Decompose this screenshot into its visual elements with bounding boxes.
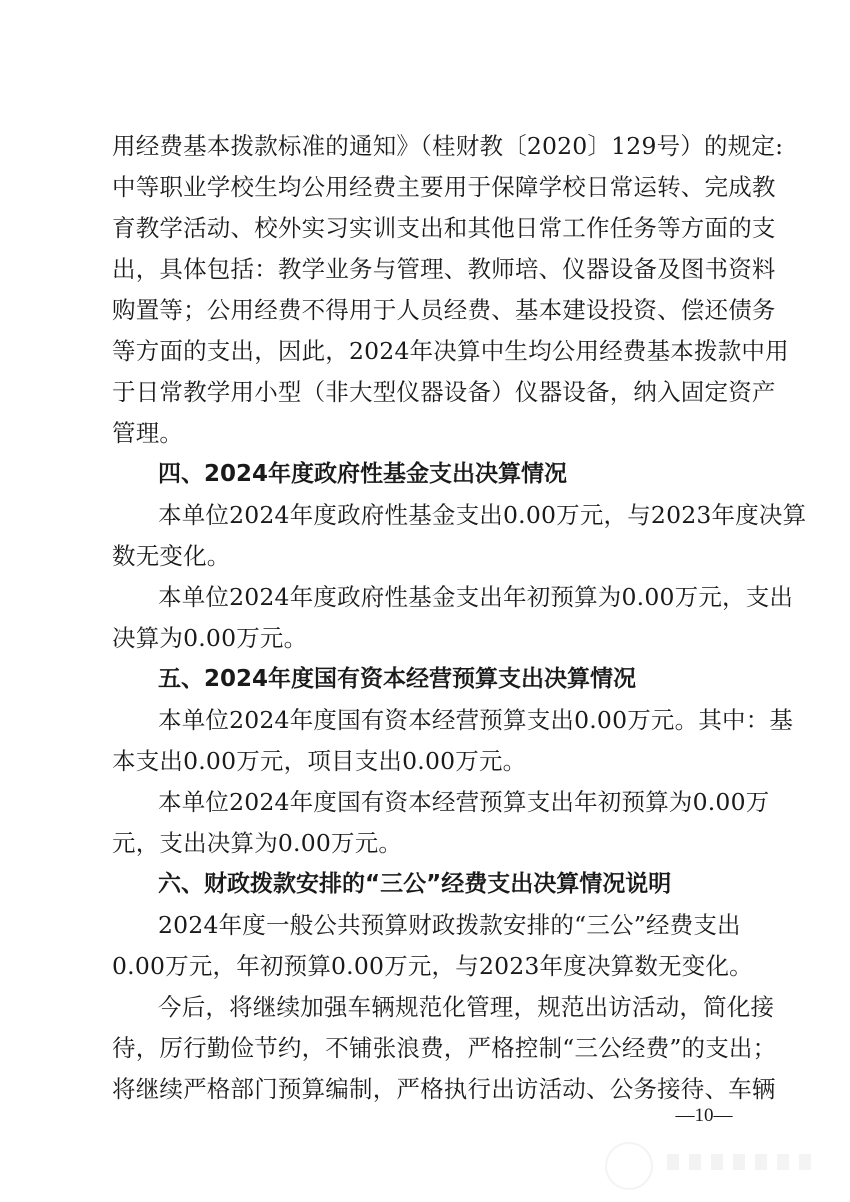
paragraph-line: 将继续严格部门预算编制，严格执行出访活动、公务接待、车辆 [112, 1073, 740, 1105]
paragraph-line: 今后，将继续加强车辆规范化管理，规范出访活动，简化接 [158, 991, 740, 1023]
body-line: 于日常教学用小型（非大型仪器设备）仪器设备，纳入固定资产 [112, 376, 740, 408]
body-line: 管理。 [112, 417, 740, 449]
paragraph-line: 2024年度一般公共预算财政拨款安排的“三公”经费支出 [158, 909, 740, 941]
paragraph-line: 本单位2024年度国有资本经营预算支出0.00万元。其中：基 [158, 704, 740, 736]
watermark-text [667, 1154, 817, 1170]
document-page: 用经费基本拨款标准的通知》（桂财教〔2020〕129号）的规定: 中等职业学校生… [0, 0, 850, 1202]
page-number: —10— [664, 1104, 744, 1128]
paragraph-line: 0.00万元，年初预算0.00万元，与2023年度决算数无变化。 [112, 950, 740, 982]
paragraph-line: 本单位2024年度政府性基金支出年初预算为0.00万元，支出 [158, 581, 740, 613]
body-line: 用经费基本拨款标准的通知》（桂财教〔2020〕129号）的规定: [112, 130, 740, 162]
watermark-seal-icon [605, 1142, 825, 1188]
section-heading-4: 四、2024年度政府性基金支出决算情况 [158, 458, 740, 490]
paragraph-line: 元，支出决算为0.00万元。 [112, 827, 740, 859]
body-line: 等方面的支出，因此，2024年决算中生均公用经费基本拨款中用 [112, 335, 740, 367]
body-line: 育教学活动、校外实习实训支出和其他日常工作任务等方面的支 [112, 212, 740, 244]
paragraph-line: 待，厉行勤俭节约，不铺张浪费，严格控制“三公经费”的支出； [112, 1032, 740, 1064]
section-heading-6: 六、财政拨款安排的“三公”经费支出决算情况说明 [158, 868, 740, 900]
body-line: 中等职业学校生均公用经费主要用于保障学校日常运转、完成教 [112, 171, 740, 203]
paragraph-line: 本支出0.00万元，项目支出0.00万元。 [112, 745, 740, 777]
body-line: 购置等；公用经费不得用于人员经费、基本建设投资、偿还债务 [112, 294, 740, 326]
paragraph-line: 本单位2024年度国有资本经营预算支出年初预算为0.00万 [158, 786, 740, 818]
paragraph-line: 数无变化。 [112, 540, 740, 572]
section-heading-5: 五、2024年度国有资本经营预算支出决算情况 [158, 663, 740, 695]
paragraph-line: 决算为0.00万元。 [112, 622, 740, 654]
paragraph-line: 本单位2024年度政府性基金支出0.00万元，与2023年度决算 [158, 499, 740, 531]
body-line: 出，具体包括：教学业务与管理、教师培、仪器设备及图书资料 [112, 253, 740, 285]
seal-icon [605, 1142, 653, 1190]
